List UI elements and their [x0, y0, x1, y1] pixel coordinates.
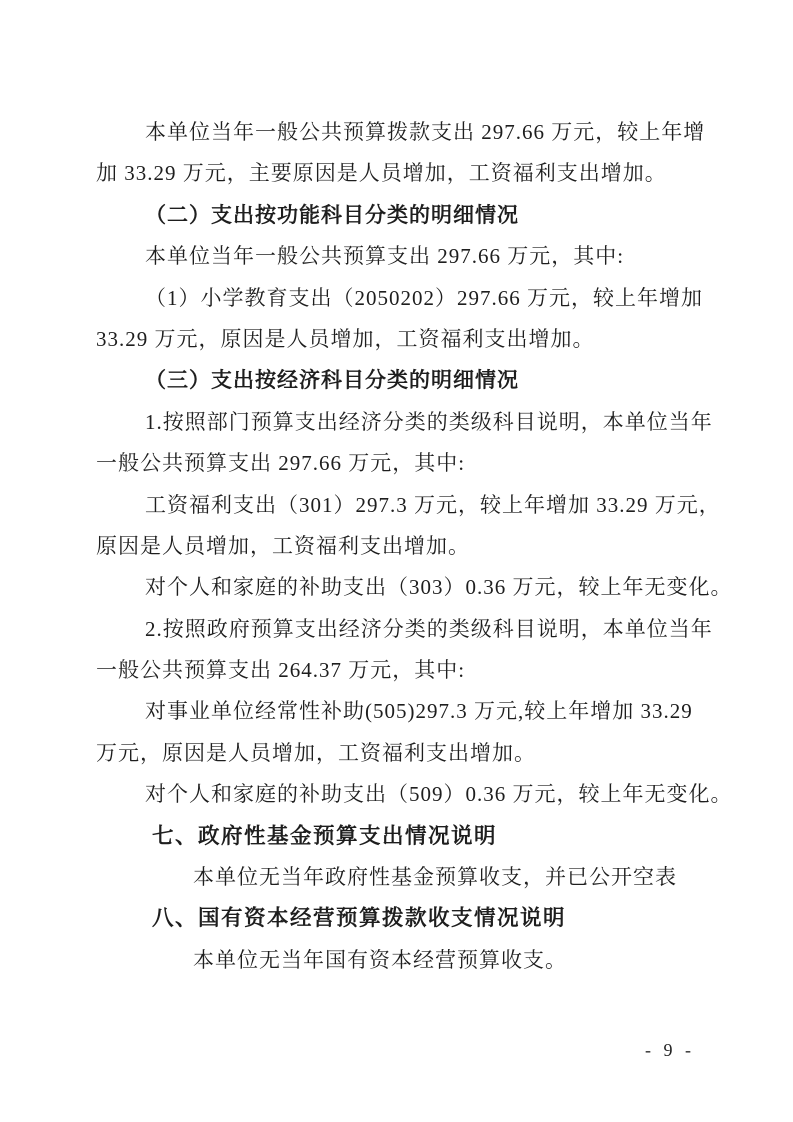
doc-line: 加 33.29 万元，主要原因是人员增加，工资福利支出增加。	[96, 153, 736, 194]
doc-line: 对个人和家庭的补助支出（303）0.36 万元，较上年无变化。	[96, 567, 736, 608]
doc-line: 本单位当年一般公共预算支出 297.66 万元，其中:	[96, 236, 736, 277]
doc-line: 工资福利支出（301）297.3 万元，较上年增加 33.29 万元，	[96, 485, 736, 526]
doc-line: 本单位当年一般公共预算拨款支出 297.66 万元，较上年增	[96, 112, 736, 153]
doc-line: 2.按照政府预算支出经济分类的类级科目说明，本单位当年	[96, 609, 736, 650]
main-heading: 八、国有资本经营预算拨款收支情况说明	[96, 898, 736, 939]
doc-line: 原因是人员增加，工资福利支出增加。	[96, 526, 736, 567]
doc-line: 对事业单位经常性补助(505)297.3 万元,较上年增加 33.29	[96, 691, 736, 732]
doc-line: 1.按照部门预算支出经济分类的类级科目说明，本单位当年	[96, 402, 736, 443]
document-body: 本单位当年一般公共预算拨款支出 297.66 万元，较上年增 加 33.29 万…	[96, 112, 736, 981]
doc-line: 一般公共预算支出 264.37 万元，其中:	[96, 650, 736, 691]
document-page: 本单位当年一般公共预算拨款支出 297.66 万元，较上年增 加 33.29 万…	[0, 0, 793, 1122]
doc-line: 对个人和家庭的补助支出（509）0.36 万元，较上年无变化。	[96, 774, 736, 815]
doc-line: 一般公共预算支出 297.66 万元，其中:	[96, 443, 736, 484]
doc-line: 本单位无当年政府性基金预算收支，并已公开空表	[96, 857, 736, 898]
section-heading: （二）支出按功能科目分类的明细情况	[96, 195, 736, 236]
doc-line: 本单位无当年国有资本经营预算收支。	[96, 940, 736, 981]
doc-line: 万元，原因是人员增加，工资福利支出增加。	[96, 733, 736, 774]
main-heading: 七、政府性基金预算支出情况说明	[96, 816, 736, 857]
doc-line: （1）小学教育支出（2050202）297.66 万元，较上年增加	[96, 278, 736, 319]
section-heading: （三）支出按经济科目分类的明细情况	[96, 360, 736, 401]
page-number: - 9 -	[645, 1038, 695, 1062]
doc-line: 33.29 万元，原因是人员增加，工资福利支出增加。	[96, 319, 736, 360]
